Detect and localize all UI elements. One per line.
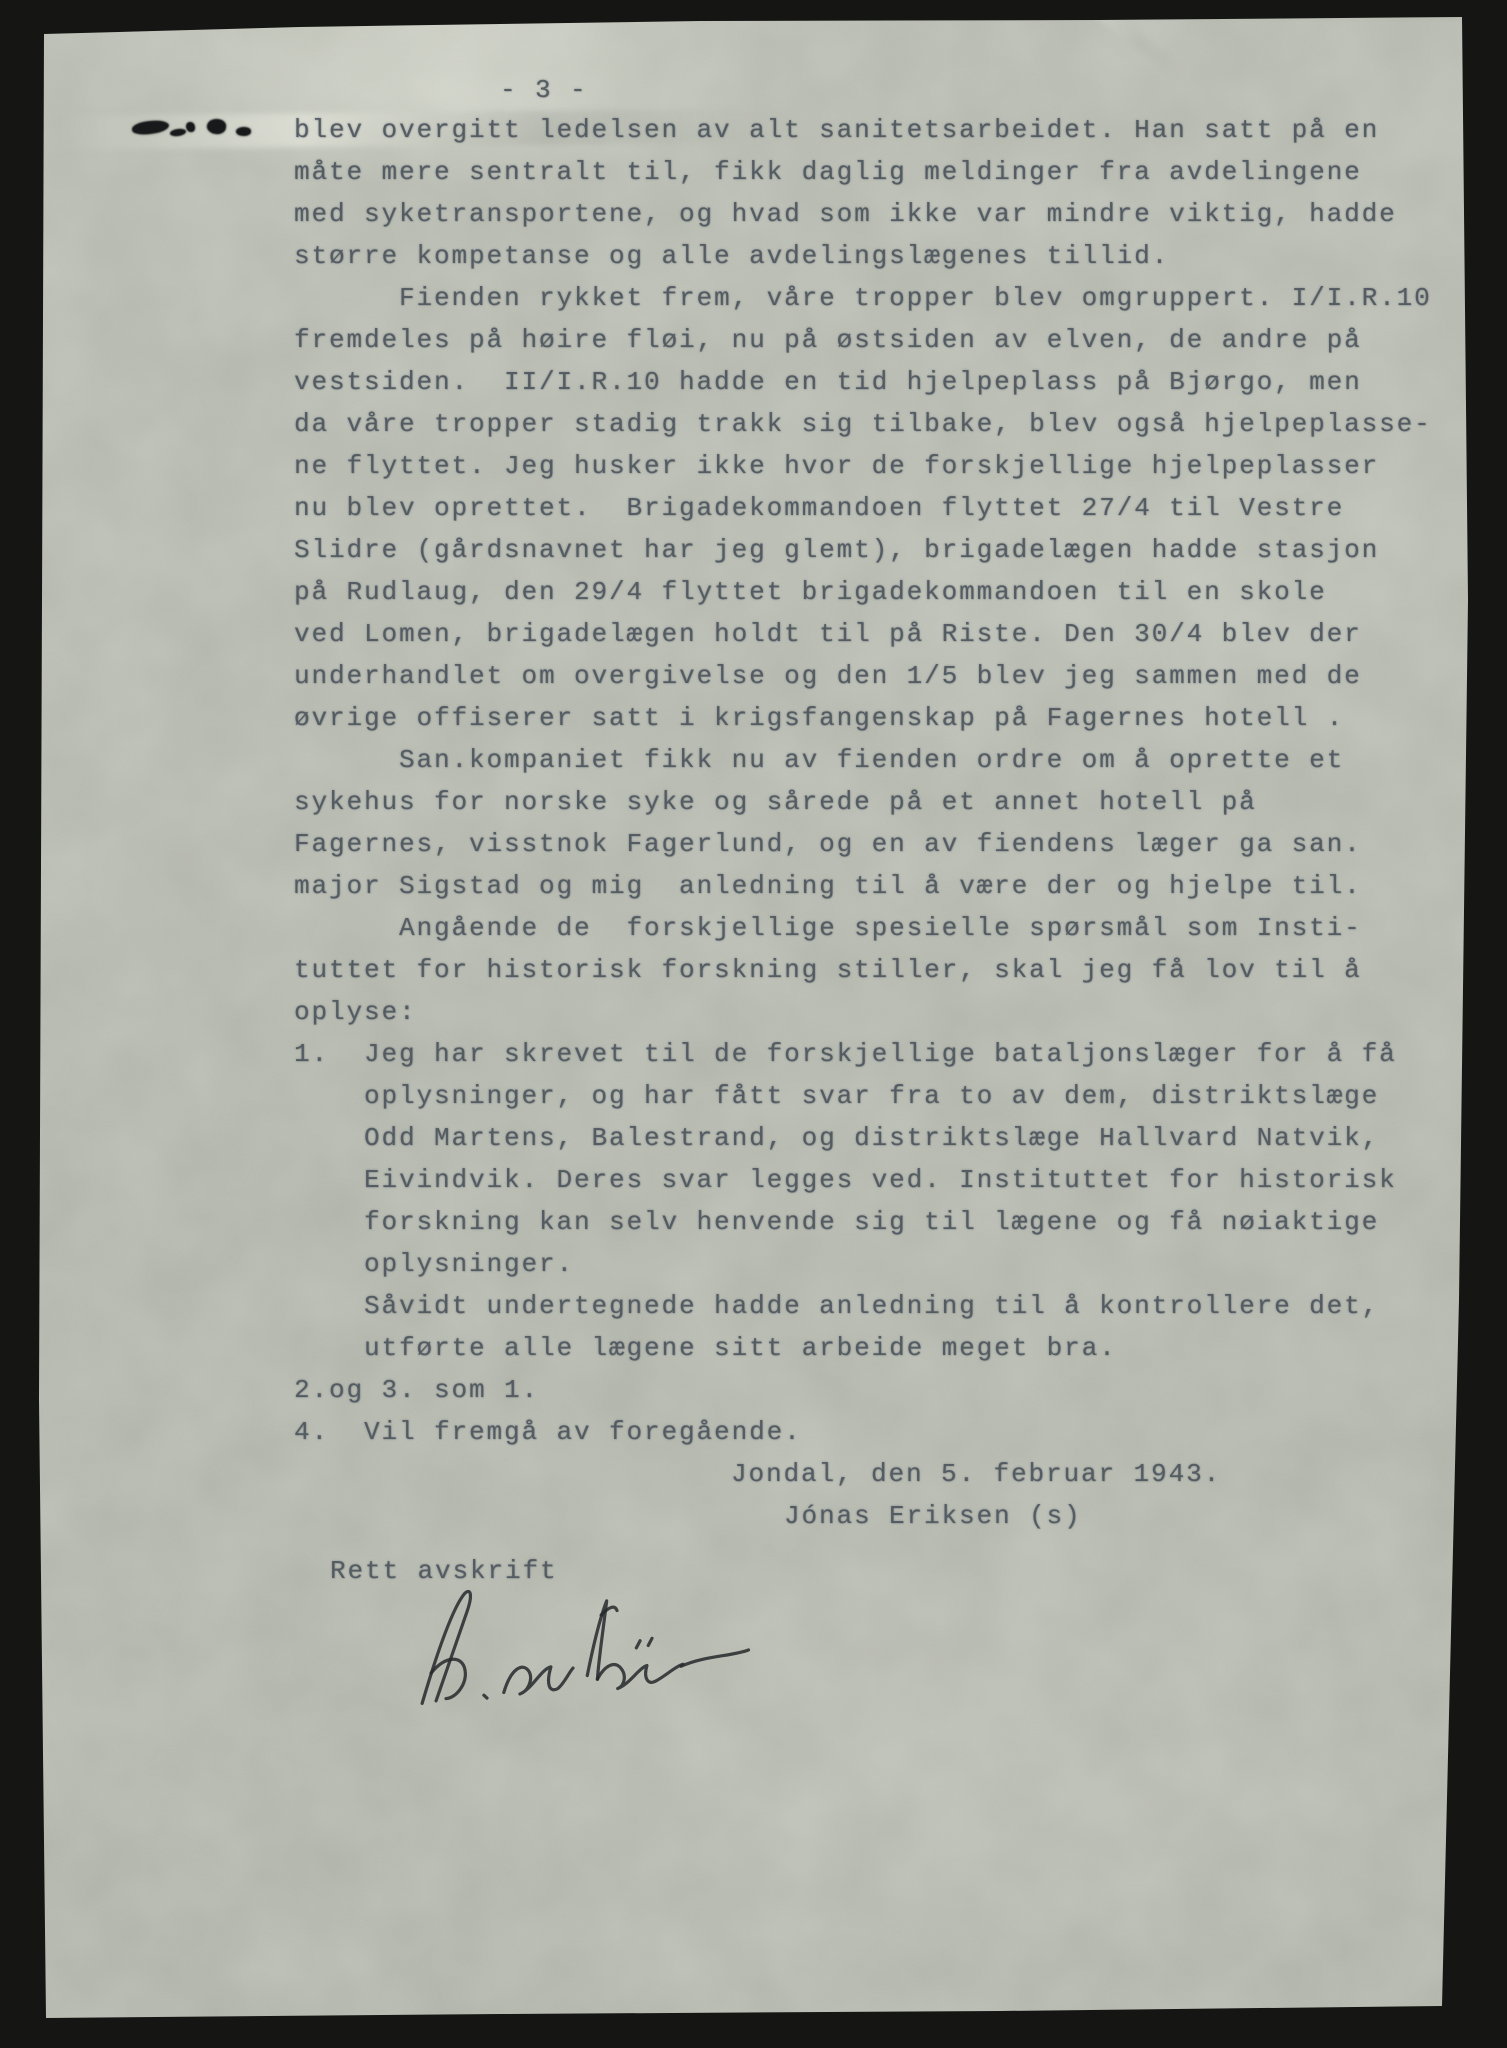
ink-smudge (236, 127, 251, 137)
date-line: Jondal, den 5. februar 1943. (731, 1453, 1221, 1495)
paper-corner-crease (1053, 0, 1188, 82)
scanned-document-page: - 3 - blev overgitt ledelsen av alt sani… (0, 0, 1507, 2048)
paper-sheet: - 3 - blev overgitt ledelsen av alt sani… (0, 0, 1507, 2048)
attestation-label: Rett avskrift (330, 1550, 558, 1592)
ink-smudge (206, 118, 227, 135)
typewritten-body: blev overgitt ledelsen av alt sanitetsar… (294, 109, 1432, 1453)
page-number: - 3 - (500, 69, 588, 111)
ink-smudge (186, 122, 195, 132)
typed-signature-name: Jónas Eriksen (s) (784, 1495, 1082, 1537)
ink-smudge (132, 120, 170, 136)
ink-smudge (170, 128, 187, 137)
